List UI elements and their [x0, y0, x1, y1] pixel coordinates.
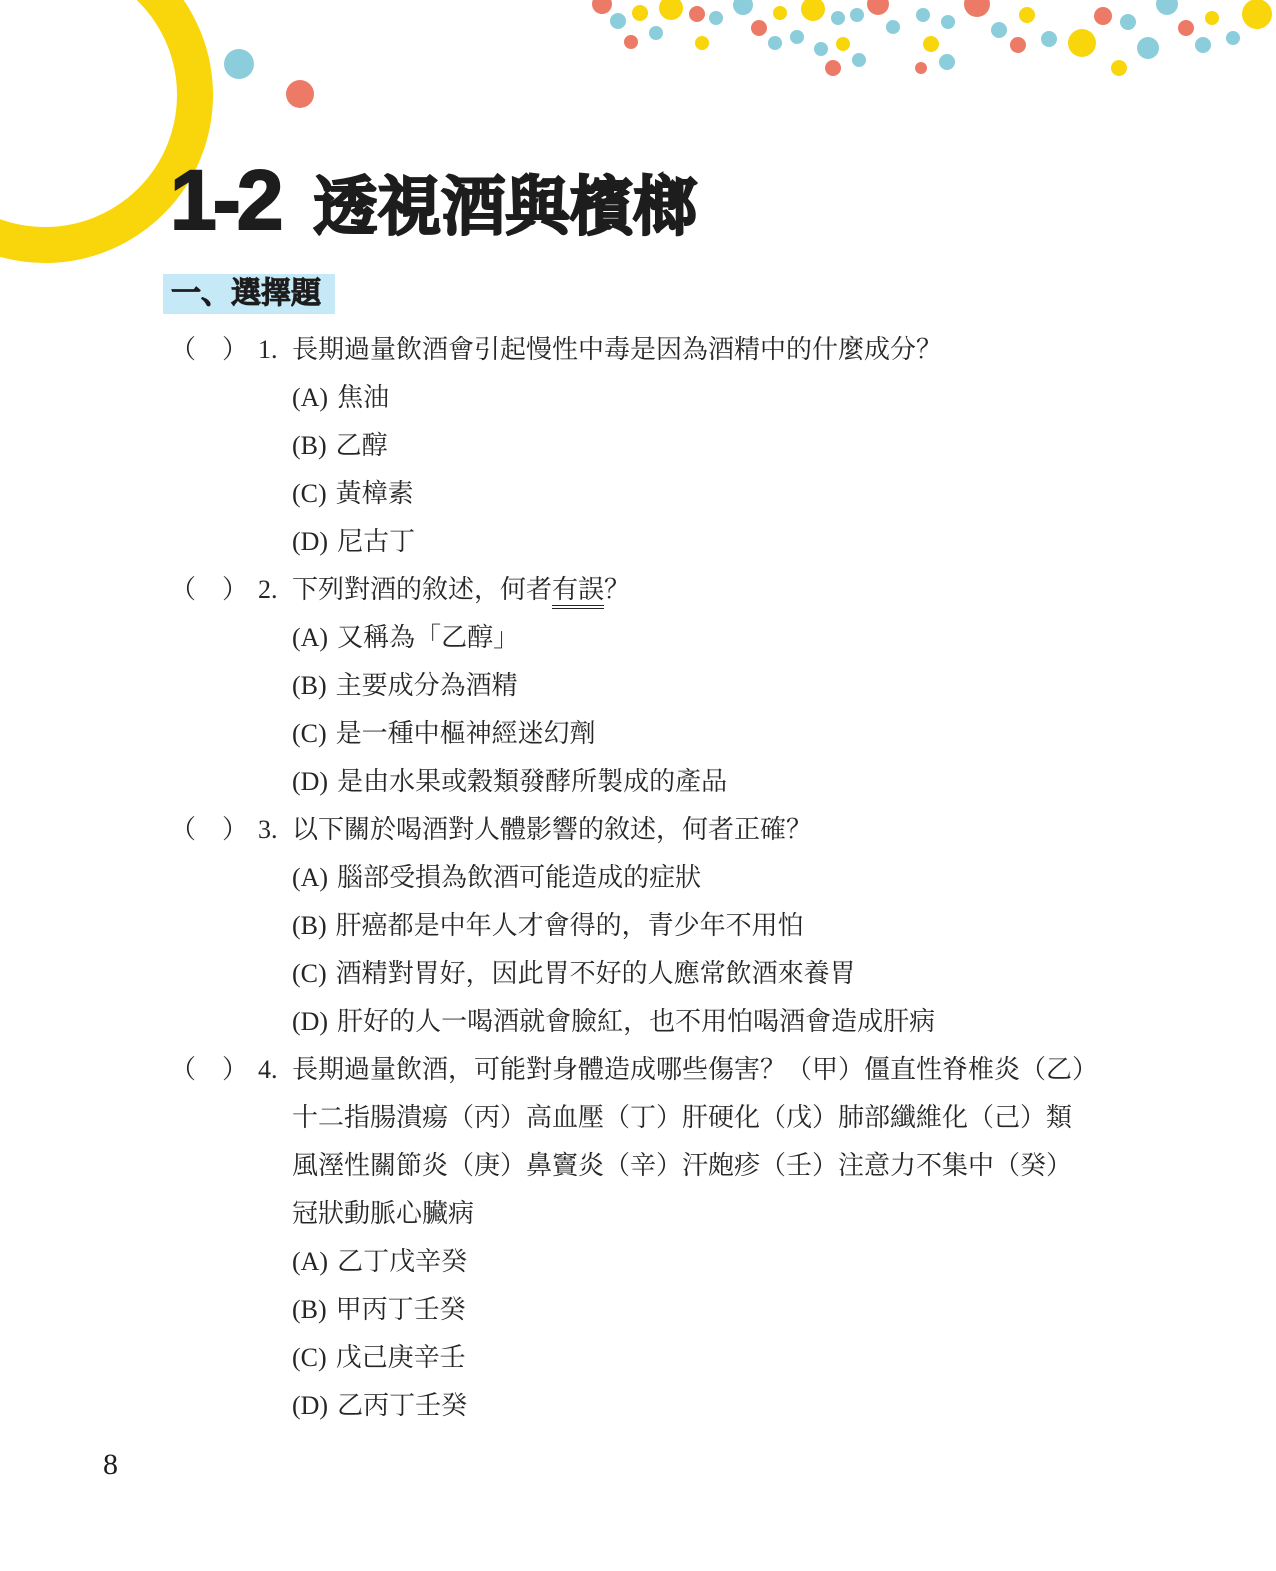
- option-row: (A)乙丁戊辛癸: [292, 1238, 1152, 1286]
- question-number: 4.: [258, 1046, 292, 1094]
- option-label: (D): [292, 998, 328, 1046]
- document-page: 1-2 透視酒與檳榔 一、選擇題 （ ） 1. 長期過量飲酒會引起慢性中毒是因為…: [0, 0, 1276, 1571]
- option-label: (A): [292, 854, 328, 902]
- option-text: 甲丙丁壬癸: [336, 1286, 466, 1334]
- option-list: (A)又稱為「乙醇」 (B)主要成分為酒精 (C)是一種中樞神經迷幻劑 (D)是…: [292, 614, 1152, 806]
- option-text: 酒精對胃好，因此胃不好的人應常飲酒來養胃: [336, 950, 856, 998]
- question-number: 3.: [258, 806, 292, 854]
- question-text-part: 下列對酒的敘述，何者: [292, 575, 552, 604]
- question-3: （ ） 3. 以下關於喝酒對人體影響的敘述，何者正確？ (A)腦部受損為飲酒可能…: [170, 806, 1152, 1046]
- option-row: (D)是由水果或穀類發酵所製成的產品: [292, 758, 1152, 806]
- question-row: （ ） 1. 長期過量飲酒會引起慢性中毒是因為酒精中的什麼成分？: [170, 326, 1152, 374]
- section-number: 1-2: [170, 158, 279, 242]
- coral-dot: [1094, 7, 1112, 25]
- option-row: (A)又稱為「乙醇」: [292, 614, 1152, 662]
- yellow-dot: [659, 0, 683, 20]
- coral-dot: [286, 80, 314, 108]
- yellow-dot: [695, 36, 709, 50]
- option-text: 戊己庚辛壬: [336, 1334, 466, 1382]
- question-row: （ ） 2. 下列對酒的敘述，何者有誤？: [170, 566, 1152, 614]
- option-label: (D): [292, 1382, 328, 1430]
- option-label: (B): [292, 1286, 327, 1334]
- blue-dot: [852, 53, 866, 67]
- answer-blank: （ ）: [170, 1046, 258, 1094]
- yellow-dot: [1068, 29, 1096, 57]
- option-list: (A)腦部受損為飲酒可能造成的症狀 (B)肝癌都是中年人才會得的，青少年不用怕 …: [292, 854, 1152, 1046]
- blue-dot: [733, 0, 753, 15]
- blue-dot: [224, 49, 254, 79]
- option-row: (B)肝癌都是中年人才會得的，青少年不用怕: [292, 902, 1152, 950]
- option-row: (B)乙醇: [292, 422, 1152, 470]
- option-text: 肝好的人一喝酒就會臉紅，也不用怕喝酒會造成肝病: [337, 998, 935, 1046]
- blue-dot: [1137, 37, 1159, 59]
- question-text-part: 以下關於喝酒對人體影響的敘述，何者正確？: [292, 815, 812, 844]
- option-list: (A)乙丁戊辛癸 (B)甲丙丁壬癸 (C)戊己庚辛壬 (D)乙丙丁壬癸: [292, 1238, 1152, 1430]
- blue-dot: [1041, 31, 1057, 47]
- question-text: 下列對酒的敘述，何者有誤？: [292, 566, 1152, 614]
- option-label: (B): [292, 902, 327, 950]
- option-label: (B): [292, 662, 327, 710]
- yellow-dot: [836, 37, 850, 51]
- option-text: 乙丙丁壬癸: [337, 1382, 467, 1430]
- question-row: （ ） 4. 長期過量飲酒，可能對身體造成哪些傷害？（甲）僵直性脊椎炎（乙） 十…: [170, 1046, 1152, 1238]
- answer-blank: （ ）: [170, 806, 258, 854]
- option-label: (A): [292, 614, 328, 662]
- option-text: 是由水果或穀類發酵所製成的產品: [337, 758, 727, 806]
- question-text-part: 長期過量飲酒會引起慢性中毒是因為酒精中的什麼成分？: [292, 335, 942, 364]
- option-text: 又稱為「乙醇」: [337, 614, 519, 662]
- option-label: (C): [292, 470, 327, 518]
- coral-dot: [825, 60, 841, 76]
- part-heading: 一、選擇題: [163, 274, 335, 314]
- question-list: （ ） 1. 長期過量飲酒會引起慢性中毒是因為酒精中的什麼成分？ (A)焦油 (…: [170, 326, 1152, 1430]
- yellow-dot: [923, 36, 939, 52]
- section-title: 1-2 透視酒與檳榔: [170, 158, 697, 242]
- question-text-part: 長期過量飲酒，可能對身體造成哪些傷害？（甲）僵直性脊椎炎（乙） 十二指腸潰瘍（丙…: [292, 1055, 1098, 1228]
- coral-dot: [915, 62, 927, 74]
- blue-dot: [941, 15, 955, 29]
- option-row: (B)甲丙丁壬癸: [292, 1286, 1152, 1334]
- coral-dot: [624, 35, 638, 49]
- blue-dot: [1226, 31, 1240, 45]
- blue-dot: [790, 30, 804, 44]
- coral-dot: [689, 6, 705, 22]
- option-label: (A): [292, 374, 328, 422]
- option-row: (B)主要成分為酒精: [292, 662, 1152, 710]
- blue-dot: [939, 54, 955, 70]
- option-list: (A)焦油 (B)乙醇 (C)黃樟素 (D)尼古丁: [292, 374, 1152, 566]
- coral-dot: [1178, 20, 1194, 36]
- option-label: (A): [292, 1238, 328, 1286]
- question-text-underlined: 有誤: [552, 575, 604, 609]
- question-4: （ ） 4. 長期過量飲酒，可能對身體造成哪些傷害？（甲）僵直性脊椎炎（乙） 十…: [170, 1046, 1152, 1430]
- yellow-dot: [1205, 11, 1219, 25]
- blue-dot: [991, 22, 1007, 38]
- question-row: （ ） 3. 以下關於喝酒對人體影響的敘述，何者正確？: [170, 806, 1152, 854]
- coral-dot: [867, 0, 889, 15]
- yellow-dot: [1242, 0, 1272, 29]
- question-2: （ ） 2. 下列對酒的敘述，何者有誤？ (A)又稱為「乙醇」 (B)主要成分為…: [170, 566, 1152, 806]
- option-row: (C)黃樟素: [292, 470, 1152, 518]
- option-row: (C)戊己庚辛壬: [292, 1334, 1152, 1382]
- option-text: 乙丁戊辛癸: [337, 1238, 467, 1286]
- blue-dot: [886, 20, 900, 34]
- option-text: 乙醇: [336, 422, 388, 470]
- yellow-dot: [773, 6, 787, 20]
- question-text: 長期過量飲酒會引起慢性中毒是因為酒精中的什麼成分？: [292, 326, 1152, 374]
- option-text: 主要成分為酒精: [336, 662, 518, 710]
- option-row: (C)酒精對胃好，因此胃不好的人應常飲酒來養胃: [292, 950, 1152, 998]
- option-text: 焦油: [337, 374, 389, 422]
- page-number: 8: [103, 1448, 118, 1481]
- page-title: 透視酒與檳榔: [313, 175, 697, 239]
- yellow-dot: [1019, 7, 1035, 23]
- blue-dot: [916, 8, 930, 22]
- option-row: (A)腦部受損為飲酒可能造成的症狀: [292, 854, 1152, 902]
- option-label: (B): [292, 422, 327, 470]
- blue-dot: [850, 8, 864, 22]
- option-label: (C): [292, 950, 327, 998]
- blue-dot: [649, 26, 663, 40]
- option-label: (C): [292, 1334, 327, 1382]
- yellow-dot: [632, 5, 648, 21]
- coral-dot: [1010, 37, 1026, 53]
- option-label: (C): [292, 710, 327, 758]
- blue-dot: [768, 36, 782, 50]
- option-text: 尼古丁: [337, 518, 415, 566]
- question-1: （ ） 1. 長期過量飲酒會引起慢性中毒是因為酒精中的什麼成分？ (A)焦油 (…: [170, 326, 1152, 566]
- coral-dot: [592, 0, 612, 14]
- question-text: 長期過量飲酒，可能對身體造成哪些傷害？（甲）僵直性脊椎炎（乙） 十二指腸潰瘍（丙…: [292, 1046, 1152, 1238]
- option-label: (D): [292, 758, 328, 806]
- yellow-dot: [1111, 60, 1127, 76]
- option-text: 黃樟素: [336, 470, 414, 518]
- option-row: (D)尼古丁: [292, 518, 1152, 566]
- blue-dot: [1120, 14, 1136, 30]
- coral-dot: [751, 20, 767, 36]
- answer-blank: （ ）: [170, 566, 258, 614]
- question-number: 1.: [258, 326, 292, 374]
- question-text: 以下關於喝酒對人體影響的敘述，何者正確？: [292, 806, 1152, 854]
- option-text: 是一種中樞神經迷幻劑: [336, 710, 596, 758]
- blue-dot: [814, 42, 828, 56]
- option-row: (C)是一種中樞神經迷幻劑: [292, 710, 1152, 758]
- blue-dot: [1156, 0, 1178, 15]
- option-row: (D)肝好的人一喝酒就會臉紅，也不用怕喝酒會造成肝病: [292, 998, 1152, 1046]
- option-row: (A)焦油: [292, 374, 1152, 422]
- blue-dot: [610, 13, 626, 29]
- question-text-part: ？: [604, 575, 630, 604]
- blue-dot: [1195, 37, 1211, 53]
- option-row: (D)乙丙丁壬癸: [292, 1382, 1152, 1430]
- option-text: 腦部受損為飲酒可能造成的症狀: [337, 854, 701, 902]
- blue-dot: [831, 11, 845, 25]
- coral-dot: [964, 0, 990, 17]
- answer-blank: （ ）: [170, 326, 258, 374]
- blue-dot: [709, 11, 723, 25]
- option-text: 肝癌都是中年人才會得的，青少年不用怕: [336, 902, 804, 950]
- question-number: 2.: [258, 566, 292, 614]
- yellow-dot: [801, 0, 825, 21]
- option-label: (D): [292, 518, 328, 566]
